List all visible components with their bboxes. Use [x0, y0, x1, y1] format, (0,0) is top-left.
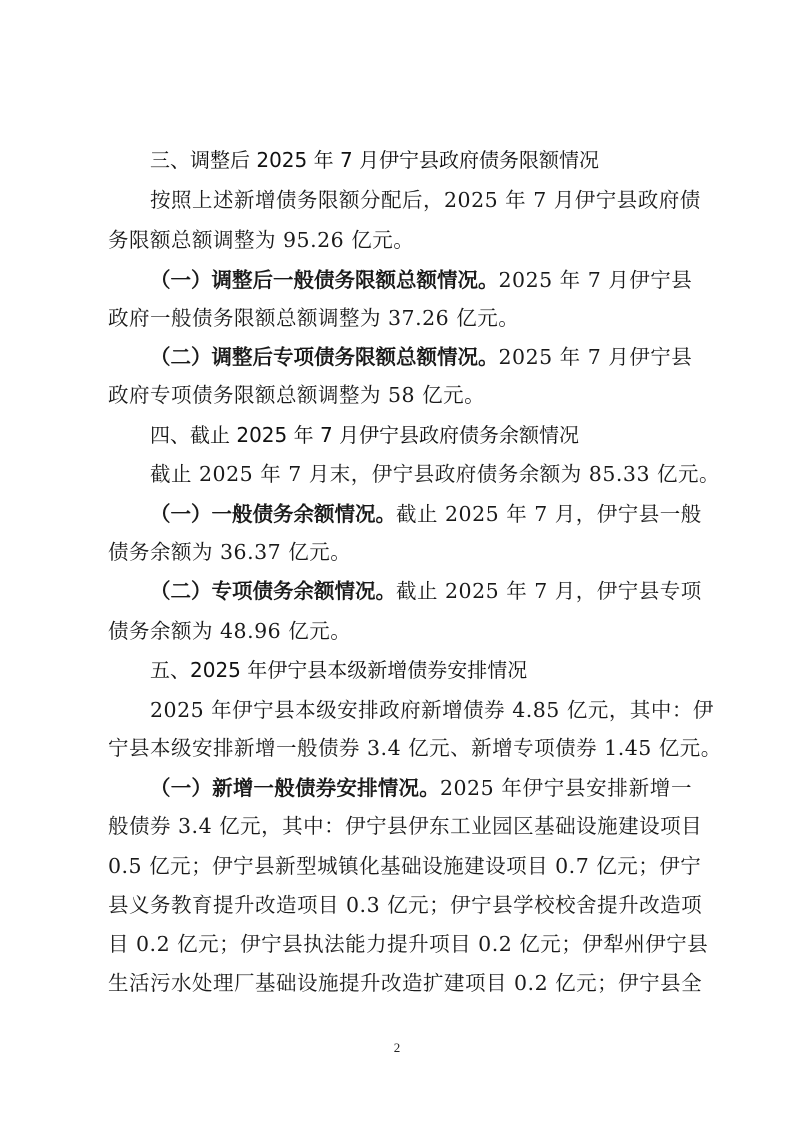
subsection-text: 截止 2025 年 7 月，伊宁县一般 — [396, 502, 702, 526]
subsection-title: （一）一般债务余额情况。 — [150, 502, 396, 526]
paragraph-line: 生活污水处理厂基础设施提升改造扩建项目 0.2 亿元；伊宁县全 — [108, 968, 692, 998]
section-4-heading: 四、截止 2025 年 7 月伊宁县政府债务余额情况 — [150, 420, 692, 450]
subsection-text: 2025 年 7 月伊宁县 — [499, 345, 693, 369]
paragraph-line: 截止 2025 年 7 月末，伊宁县政府债务余额为 85.33 亿元。 — [150, 459, 692, 489]
subsection-4-2: （二）专项债务余额情况。截止 2025 年 7 月，伊宁县专项 — [150, 576, 692, 606]
paragraph-line: 政府一般债务限额总额调整为 37.26 亿元。 — [108, 303, 692, 333]
paragraph-line: 0.5 亿元；伊宁县新型城镇化基础设施建设项目 0.7 亿元；伊宁 — [108, 851, 692, 881]
subsection-title: （二）调整后专项债务限额总额情况。 — [150, 345, 499, 369]
paragraph-line: 2025 年伊宁县本级安排政府新增债券 4.85 亿元，其中：伊 — [150, 695, 692, 725]
subsection-title: （二）专项债务余额情况。 — [150, 579, 396, 603]
subsection-3-2: （二）调整后专项债务限额总额情况。2025 年 7 月伊宁县 — [150, 342, 692, 372]
paragraph-line: 按照上述新增债务限额分配后，2025 年 7 月伊宁县政府债 — [150, 185, 692, 215]
subsection-5-1: （一）新增一般债券安排情况。2025 年伊宁县安排新增一 — [150, 773, 692, 803]
paragraph-line: 债务余额为 36.37 亿元。 — [108, 537, 692, 567]
subsection-title: （一）调整后一般债务限额总额情况。 — [150, 268, 499, 292]
paragraph-line: 债务余额为 48.96 亿元。 — [108, 616, 692, 646]
paragraph-line: 政府专项债务限额总额调整为 58 亿元。 — [108, 380, 692, 410]
paragraph-line: 务限额总额调整为 95.26 亿元。 — [108, 225, 692, 255]
subsection-text: 截止 2025 年 7 月，伊宁县专项 — [396, 579, 702, 603]
document-page: 三、调整后 2025 年 7 月伊宁县政府债务限额情况 按照上述新增债务限额分配… — [0, 0, 793, 1122]
subsection-3-1: （一）调整后一般债务限额总额情况。2025 年 7 月伊宁县 — [150, 265, 692, 295]
subsection-text: 2025 年 7 月伊宁县 — [499, 268, 693, 292]
page-number: 2 — [390, 1040, 404, 1056]
paragraph-line: 县义务教育提升改造项目 0.3 亿元；伊宁县学校校舍提升改造项 — [108, 890, 692, 920]
paragraph-line: 宁县本级安排新增一般债券 3.4 亿元、新增专项债券 1.45 亿元。 — [108, 733, 692, 763]
subsection-text: 2025 年伊宁县安排新增一 — [440, 776, 692, 800]
section-5-heading: 五、2025 年伊宁县本级新增债券安排情况 — [150, 655, 692, 685]
paragraph-line: 般债券 3.4 亿元，其中：伊宁县伊东工业园区基础设施建设项目 — [108, 811, 692, 841]
paragraph-line: 目 0.2 亿元；伊宁县执法能力提升项目 0.2 亿元；伊犁州伊宁县 — [108, 929, 692, 959]
subsection-4-1: （一）一般债务余额情况。截止 2025 年 7 月，伊宁县一般 — [150, 499, 692, 529]
section-3-heading: 三、调整后 2025 年 7 月伊宁县政府债务限额情况 — [150, 145, 692, 175]
subsection-title: （一）新增一般债券安排情况。 — [150, 776, 440, 800]
